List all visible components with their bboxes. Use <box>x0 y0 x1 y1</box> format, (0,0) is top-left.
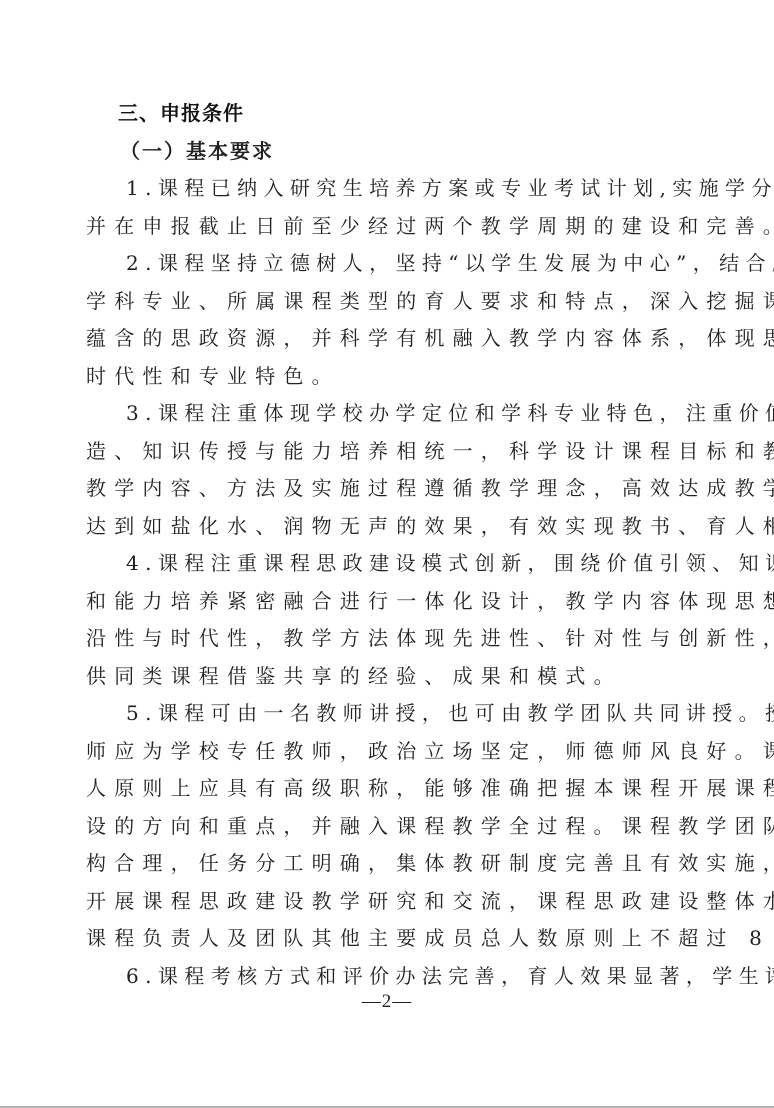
paragraph-3: 3.课程注重体现学校办学定位和学科专业特色，注重价值塑 造、知识传授与能力培养相… <box>86 395 692 545</box>
paragraph-line: 教学内容、方法及实施过程遵循教学理念，高效达成教学目标， <box>86 470 692 508</box>
paragraph-line: 2.课程坚持立德树人，坚持“以学生发展为中心”，结合所在 <box>86 245 692 283</box>
paragraph-line: 设的方向和重点，并融入课程教学全过程。课程教学团队人员结 <box>86 808 692 846</box>
paragraph-line: 1.课程已纳入研究生培养方案或专业考试计划,实施学分管理, <box>86 170 692 208</box>
paragraph-line: 并在申报截止日前至少经过两个教学周期的建设和完善。 <box>86 208 692 246</box>
paragraph-line: 学科专业、所属课程类型的育人要求和特点，深入挖掘课程自身 <box>86 283 692 321</box>
paragraph-line: 达到如盐化水、润物无声的效果，有效实现教书、育人相统一。 <box>86 508 692 546</box>
paragraph-2: 2.课程坚持立德树人，坚持“以学生发展为中心”，结合所在 学科专业、所属课程类型… <box>86 245 692 395</box>
section-heading: 三、申报条件 <box>86 95 692 133</box>
paragraph-1: 1.课程已纳入研究生培养方案或专业考试计划,实施学分管理, 并在申报截止日前至少… <box>86 170 692 245</box>
paragraph-line: 蕴含的思政资源，并科学有机融入教学内容体系，体现思想性、 <box>86 320 692 358</box>
paragraph-line: 6.课程考核方式和评价办法完善，育人效果显著，学生评教结 <box>86 958 692 996</box>
page-content: 三、申报条件 （一）基本要求 1.课程已纳入研究生培养方案或专业考试计划,实施学… <box>86 95 692 995</box>
paragraph-line: 课程负责人及团队其他主要成员总人数原则上不超过 8 人。 <box>86 920 692 958</box>
paragraph-line: 开展课程思政建设教学研究和交流，课程思政建设整体水平高。 <box>86 883 692 921</box>
paragraph-6: 6.课程考核方式和评价办法完善，育人效果显著，学生评教结 <box>86 958 692 996</box>
paragraph-line: 时代性和专业特色。 <box>86 358 692 396</box>
paragraph-line: 人原则上应具有高级职称，能够准确把握本课程开展课程思政建 <box>86 770 692 808</box>
paragraph-line: 5.课程可由一名教师讲授，也可由教学团队共同讲授。授课教 <box>86 695 692 733</box>
paragraph-5: 5.课程可由一名教师讲授，也可由教学团队共同讲授。授课教 师应为学校专任教师，政… <box>86 695 692 958</box>
paragraph-line: 供同类课程借鉴共享的经验、成果和模式。 <box>86 658 692 696</box>
paragraph-4: 4.课程注重课程思政建设模式创新，围绕价值引领、知识传授 和能力培养紧密融合进行… <box>86 545 692 695</box>
document-page: 三、申报条件 （一）基本要求 1.课程已纳入研究生培养方案或专业考试计划,实施学… <box>0 0 774 1106</box>
page-number: —2— <box>0 991 774 1013</box>
subsection-heading: （一）基本要求 <box>86 133 692 171</box>
paragraph-line: 3.课程注重体现学校办学定位和学科专业特色，注重价值塑 <box>86 395 692 433</box>
paragraph-line: 沿性与时代性，教学方法体现先进性、针对性与创新性，形成可 <box>86 620 692 658</box>
paragraph-line: 构合理，任务分工明确，集体教研制度完善且有效实施，经常性 <box>86 845 692 883</box>
paragraph-line: 和能力培养紧密融合进行一体化设计，教学内容体现思想性、前 <box>86 583 692 621</box>
paragraph-line: 师应为学校专任教师，政治立场坚定，师德师风良好。课程负责 <box>86 733 692 771</box>
paragraph-line: 4.课程注重课程思政建设模式创新，围绕价值引领、知识传授 <box>86 545 692 583</box>
paragraph-line: 造、知识传授与能力培养相统一，科学设计课程目标和教案课件， <box>86 433 692 471</box>
